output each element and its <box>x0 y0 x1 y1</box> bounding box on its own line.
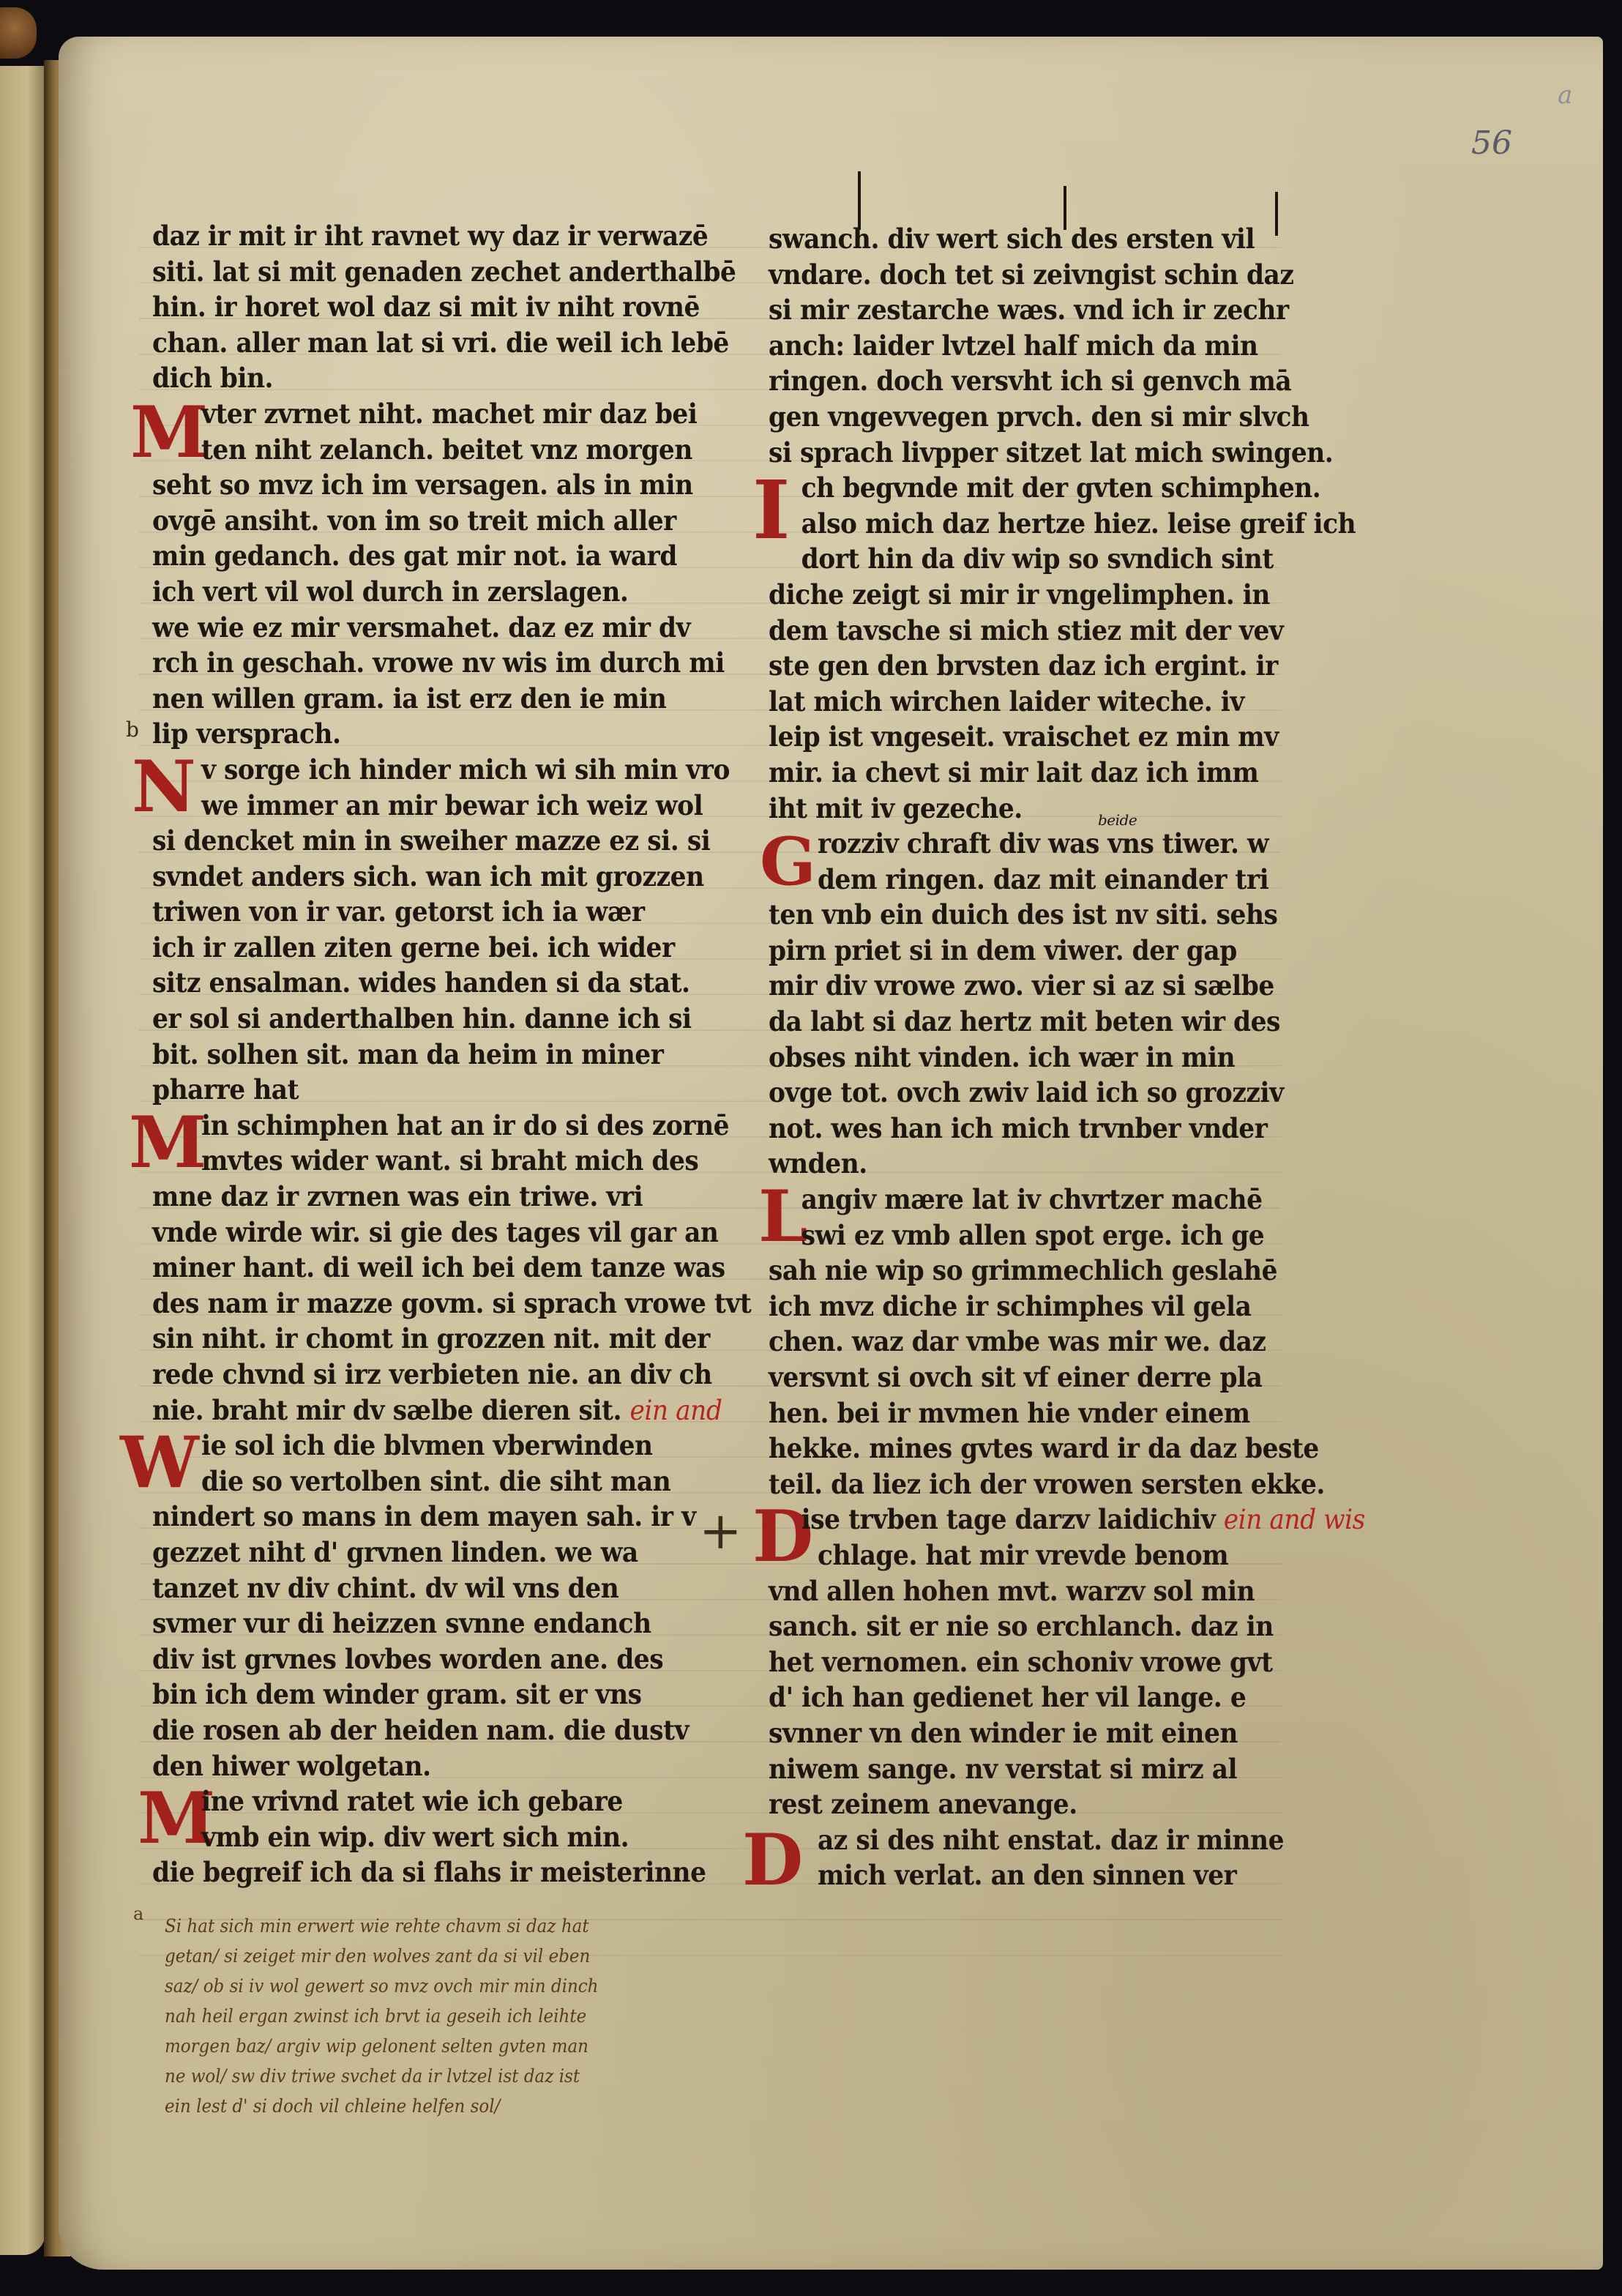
text-line: er sol si anderthalben hin. danne ich si <box>152 1001 656 1037</box>
text-line: div ist grvnes lovbes worden ane. des <box>152 1641 656 1677</box>
footnote-line: ein lest d' si doch vil chleine helfen s… <box>165 2091 649 2121</box>
text-line: lip versprach. <box>152 716 656 752</box>
footnote-line: saz/ ob si iv wol gewert so mvz ovch mir… <box>165 1971 649 2001</box>
text-line: den hiwer wolgetan. <box>152 1748 656 1784</box>
stanza: daz ir mit ir iht ravnet wy daz ir verwa… <box>152 218 694 396</box>
text-line: also mich daz hertze hiez. leise greif i… <box>769 506 1245 542</box>
margin-mark-b: b <box>126 717 139 742</box>
text-line: sah nie wip so grimmechlich geslahē <box>769 1253 1245 1289</box>
text-line: az si des niht enstat. daz ir minne <box>769 1822 1245 1858</box>
text-line: die rosen ab der heiden nam. die dustv <box>152 1712 656 1748</box>
text-line: vndare. doch tet si zeivngist schin daz <box>769 257 1245 293</box>
text-line: we wie ez mir versmahet. daz ez mir dv <box>152 610 656 646</box>
footnote-line: ne wol/ sw div triwe svchet da ir lvtzel… <box>165 2061 649 2091</box>
stanza: I ch begvnde mit der gvten schimphen. al… <box>769 470 1281 826</box>
text-line: dem tavsche si mich stiez mit der vev <box>769 613 1245 649</box>
text-line: not. wes han ich mich trvnber vnder <box>769 1111 1245 1147</box>
footnote-line: morgen baz/ argiv wip gelonent selten gv… <box>165 2031 649 2061</box>
folio-number: 56 <box>1471 124 1512 162</box>
text-line: pharre hat <box>152 1072 656 1108</box>
text-line: we immer an mir bewar ich weiz wol <box>152 788 656 824</box>
text-line: mir. ia chevt si mir lait daz ich imm <box>769 755 1245 791</box>
footnote-line: getan/ si zeiget mir den wolves zant da … <box>165 1941 649 1971</box>
text-line: niwem sange. nv verstat si mirz al <box>769 1751 1245 1787</box>
footnote-marker: a <box>133 1904 143 1924</box>
footnote-block: Si hat sich min erwert wie rehte chavm s… <box>165 1911 692 2121</box>
text-line: gen vngevvegen prvch. den si mir slvch <box>769 399 1245 435</box>
text-line: rch in geschah. vrowe nv wis im durch mi <box>152 645 656 681</box>
text-line: het vernomen. ein schoniv vrowe gvt <box>769 1644 1245 1680</box>
text-line: versvnt si ovch sit vf einer derre pla <box>769 1360 1245 1395</box>
text-line: gezzet niht d' grvnen linden. we wa <box>152 1535 656 1570</box>
text-line: swanch. div wert sich des ersten vil <box>769 221 1245 257</box>
text-line: chen. waz dar vmbe was mir we. daz <box>769 1324 1245 1360</box>
stanza: D az si des niht enstat. daz ir minne mi… <box>769 1822 1281 1893</box>
text-line: svnner vn den winder ie mit einen <box>769 1715 1245 1751</box>
stanza: G beide rozziv chraft div was vns tiwer.… <box>769 826 1281 1182</box>
text-line: vnde wirde wir. si gie des tages vil gar… <box>152 1215 656 1250</box>
ascender-stroke <box>1275 192 1278 236</box>
text-line: pirn priet si in dem viwer. der gap <box>769 933 1245 969</box>
text-line: iht mit iv gezeche. <box>769 791 1245 827</box>
text-line: siti. lat si mit genaden zechet andertha… <box>152 254 656 290</box>
footnote-line: Si hat sich min erwert wie rehte chavm s… <box>165 1911 649 1941</box>
text-line: min gedanch. des gat mir not. ia ward <box>152 538 656 574</box>
text-line: rozziv chraft div was vns tiwer. w <box>769 826 1245 862</box>
text-line: chan. aller man lat si vri. die weil ich… <box>152 325 656 361</box>
stanza: M in schimphen hat an ir do si des zornē… <box>152 1108 694 1428</box>
text-line: mvtes wider want. si braht mich des <box>152 1143 656 1179</box>
facing-page-edge <box>0 66 45 2255</box>
text-line: nie. braht mir dv sælbe dieren sit. ein … <box>152 1393 656 1428</box>
margin-cross-mark: + <box>699 1501 742 1561</box>
text-line: teil. da liez ich der vrowen sersten ekk… <box>769 1466 1245 1502</box>
text-line-content: nie. braht mir dv sælbe dieren sit. <box>152 1394 621 1426</box>
stanza: M ine vrivnd ratet wie ich gebare vmb ei… <box>152 1783 694 1890</box>
text-line: si sprach livpper sitzet lat mich swinge… <box>769 435 1245 471</box>
text-line: hin. ir horet wol daz si mit iv niht rov… <box>152 289 656 325</box>
text-line: seht so mvz ich im versagen. als in min <box>152 467 656 503</box>
text-line: da labt si daz hertz mit beten wir des <box>769 1004 1245 1040</box>
text-line: v sorge ich hinder mich wi sih min vro <box>152 752 656 788</box>
text-line: dem ringen. daz mit einander tri <box>769 862 1245 898</box>
rubric-correction-note: ein and wis <box>1224 1504 1365 1535</box>
text-line: ste gen den brvsten daz ich ergint. ir <box>769 648 1245 684</box>
text-line: diche zeigt si mir ir vngelimphen. in <box>769 577 1245 613</box>
left-column: daz ir mit ir iht ravnet wy daz ir verwa… <box>152 218 694 1890</box>
text-line: ovge tot. ovch zwiv laid ich so grozziv <box>769 1075 1245 1111</box>
text-line: in schimphen hat an ir do si des zornē <box>152 1108 656 1144</box>
text-line: mich verlat. an den sinnen ver <box>769 1857 1245 1893</box>
text-line: leip ist vngeseit. vraischet ez min mv <box>769 719 1245 755</box>
text-line: vnd allen hohen mvt. warzv sol min <box>769 1573 1245 1609</box>
text-line: anch: laider lvtzel half mich da min <box>769 328 1245 364</box>
text-line: ch begvnde mit der gvten schimphen. <box>769 470 1245 506</box>
text-line: tanzet nv div chint. dv wil vns den <box>152 1570 656 1606</box>
text-line: d' ich han gedienet her vil lange. e <box>769 1680 1245 1715</box>
text-line: svmer vur di heizzen svnne endanch <box>152 1606 656 1641</box>
rubric-correction-note: ein and <box>629 1395 722 1426</box>
text-line: hen. bei ir mvmen hie vnder einem <box>769 1395 1245 1431</box>
text-line: chlage. hat mir vrevde benom <box>769 1537 1245 1573</box>
text-line: vter zvrnet niht. machet mir daz bei <box>152 396 656 432</box>
text-line: swi ez vmb allen spot erge. ich ge <box>769 1218 1245 1253</box>
text-line: lat mich wirchen laider witeche. iv <box>769 684 1245 720</box>
stanza: N v sorge ich hinder mich wi sih min vro… <box>152 752 694 1108</box>
text-line: nindert so mans in dem mayen sah. ir v <box>152 1499 656 1535</box>
stanza: W ie sol ich die blvmen vberwinden die s… <box>152 1428 694 1783</box>
stanza: D ise trvben tage darzv laidichiv ein an… <box>769 1502 1281 1822</box>
ascender-stroke <box>1064 186 1066 230</box>
text-line: dort hin da div wip so svndich sint <box>769 541 1245 577</box>
book-clasp <box>0 7 37 59</box>
stanza: L angiv mære lat iv chvrtzer machē swi e… <box>769 1182 1281 1502</box>
text-line: ringen. doch versvht ich si genvch mā <box>769 363 1245 399</box>
text-line: si dencket min in sweiher mazze ez si. s… <box>152 823 656 859</box>
text-line: triwen von ir var. getorst ich ia wær <box>152 894 656 930</box>
text-line: svndet anders sich. wan ich mit grozzen <box>152 859 656 895</box>
ascender-stroke <box>858 171 861 230</box>
text-line: rede chvnd si irz verbieten nie. an div … <box>152 1357 656 1393</box>
text-line: mne daz ir zvrnen was ein triwe. vri <box>152 1179 656 1215</box>
text-line: ich mvz diche ir schimphes vil gela <box>769 1289 1245 1324</box>
text-line: daz ir mit ir iht ravnet wy daz ir verwa… <box>152 218 656 254</box>
text-line: dich bin. <box>152 360 656 396</box>
text-line: rest zeinem anevange. <box>769 1786 1245 1822</box>
text-line: des nam ir mazze govm. si sprach vrowe t… <box>152 1286 656 1322</box>
footnote-line: nah heil ergan zwinst ich brvt ia geseih… <box>165 2001 649 2031</box>
text-line: miner hant. di weil ich bei dem tanze wa… <box>152 1250 656 1286</box>
text-line: ich ir zallen ziten gerne bei. ich wider <box>152 930 656 966</box>
text-line: si mir zestarche wæs. vnd ich ir zechr <box>769 292 1245 328</box>
text-line: ine vrivnd ratet wie ich gebare <box>152 1783 656 1819</box>
text-line: angiv mære lat iv chvrtzer machē <box>769 1182 1245 1218</box>
text-line: obses niht vinden. ich wær in min <box>769 1040 1245 1076</box>
folio-letter: a <box>1558 81 1572 110</box>
stanza: swanch. div wert sich des ersten vil vnd… <box>769 221 1281 470</box>
text-line: mir div vrowe zwo. vier si az si sælbe <box>769 968 1245 1004</box>
text-line: die so vertolben sint. die siht man <box>152 1464 656 1499</box>
text-line: nen willen gram. ia ist erz den ie min <box>152 681 656 717</box>
text-line: ie sol ich die blvmen vberwinden <box>152 1428 656 1464</box>
text-line: ovgē ansiht. von im so treit mich aller <box>152 503 656 539</box>
text-line: hekke. mines gvtes ward ir da daz beste <box>769 1431 1245 1466</box>
text-line: vmb ein wip. div wert sich min. <box>152 1819 656 1855</box>
text-line: die begreif ich da si flahs ir meisterin… <box>152 1855 656 1890</box>
text-line: wnden. <box>769 1146 1245 1182</box>
text-line: ich vert vil wol durch in zerslagen. <box>152 574 656 610</box>
text-line: bit. solhen sit. man da heim in miner <box>152 1037 656 1073</box>
stanza: M vter zvrnet niht. machet mir daz bei t… <box>152 396 694 752</box>
text-line: ten vnb ein duich des ist nv siti. sehs <box>769 897 1245 933</box>
text-line: sitz ensalman. wides handen si da stat. <box>152 965 656 1001</box>
text-line: ise trvben tage darzv laidichiv ein and … <box>769 1502 1245 1537</box>
text-line-content: ise trvben tage darzv laidichiv <box>801 1503 1216 1535</box>
right-column: swanch. div wert sich des ersten vil vnd… <box>769 221 1281 1893</box>
text-line: sin niht. ir chomt in grozzen nit. mit d… <box>152 1321 656 1357</box>
text-line: sanch. sit er nie so erchlanch. daz in <box>769 1609 1245 1644</box>
text-line: bin ich dem winder gram. sit er vns <box>152 1677 656 1712</box>
text-line: ten niht zelanch. beitet vnz morgen <box>152 432 656 468</box>
